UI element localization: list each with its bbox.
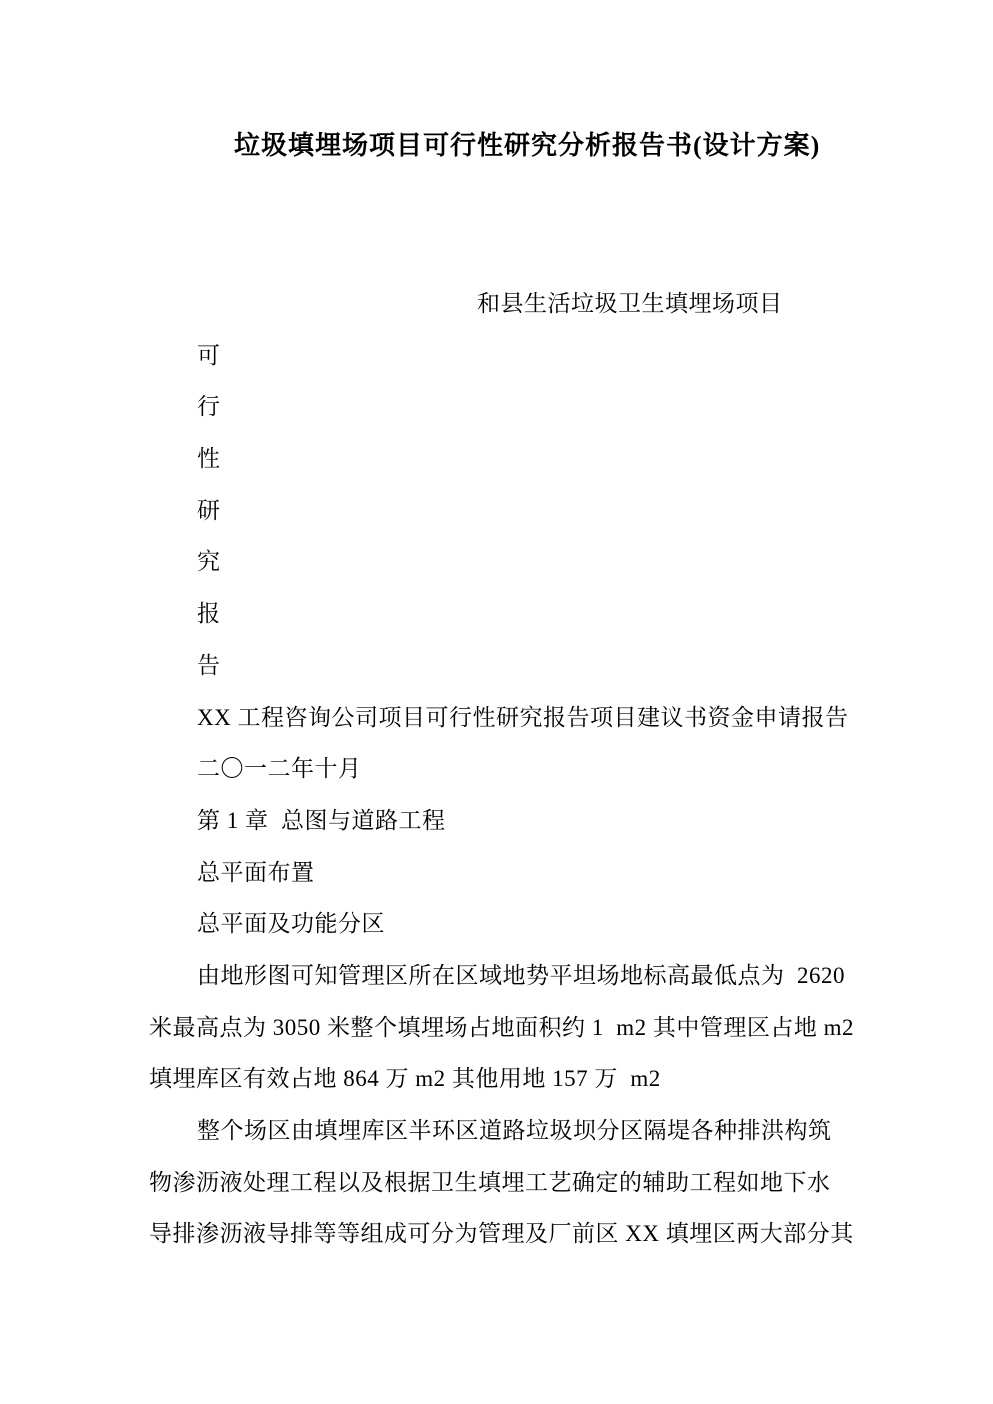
- document-line: 行: [149, 381, 909, 433]
- document-line: 总平面及功能分区: [149, 898, 909, 950]
- document-body: 和县生活垃圾卫生填埋场项目可行性研究报告XX 工程咨询公司项目可行性研究报告项目…: [149, 278, 909, 1260]
- document-line: 第 1 章 总图与道路工程: [149, 795, 909, 847]
- document-title: 垃圾填埋场项目可行性研究分析报告书(设计方案): [234, 120, 820, 172]
- document-line: 由地形图可知管理区所在区域地势平坦场地标高最低点为 2620: [149, 950, 909, 1002]
- document-line: 物渗沥液处理工程以及根据卫生填埋工艺确定的辅助工程如地下水: [149, 1157, 909, 1209]
- document-line: 整个场区由填埋库区半环区道路垃圾坝分区隔堤各种排洪构筑: [149, 1105, 909, 1157]
- document-line: 报: [149, 588, 909, 640]
- document-line: XX 工程咨询公司项目可行性研究报告项目建议书资金申请报告: [149, 692, 909, 744]
- document-line: 二〇一二年十月: [149, 743, 909, 795]
- document-line: 米最高点为 3050 米整个填埋场占地面积约 1 m2 其中管理区占地 m2: [149, 1002, 909, 1054]
- document-line: 和县生活垃圾卫生填埋场项目: [149, 278, 909, 330]
- document-line: 可: [149, 330, 909, 382]
- document-line: 究: [149, 536, 909, 588]
- document-line: 研: [149, 485, 909, 537]
- document-line: 填埋库区有效占地 864 万 m2 其他用地 157 万 m2: [149, 1053, 909, 1105]
- document-line: 导排渗沥液导排等等组成可分为管理及厂前区 XX 填埋区两大部分其: [149, 1208, 909, 1260]
- document-line: 性: [149, 433, 909, 485]
- document-line: 总平面布置: [149, 847, 909, 899]
- document-page: 垃圾填埋场项目可行性研究分析报告书(设计方案) 和县生活垃圾卫生填埋场项目可行性…: [0, 0, 993, 1404]
- document-line: 告: [149, 640, 909, 692]
